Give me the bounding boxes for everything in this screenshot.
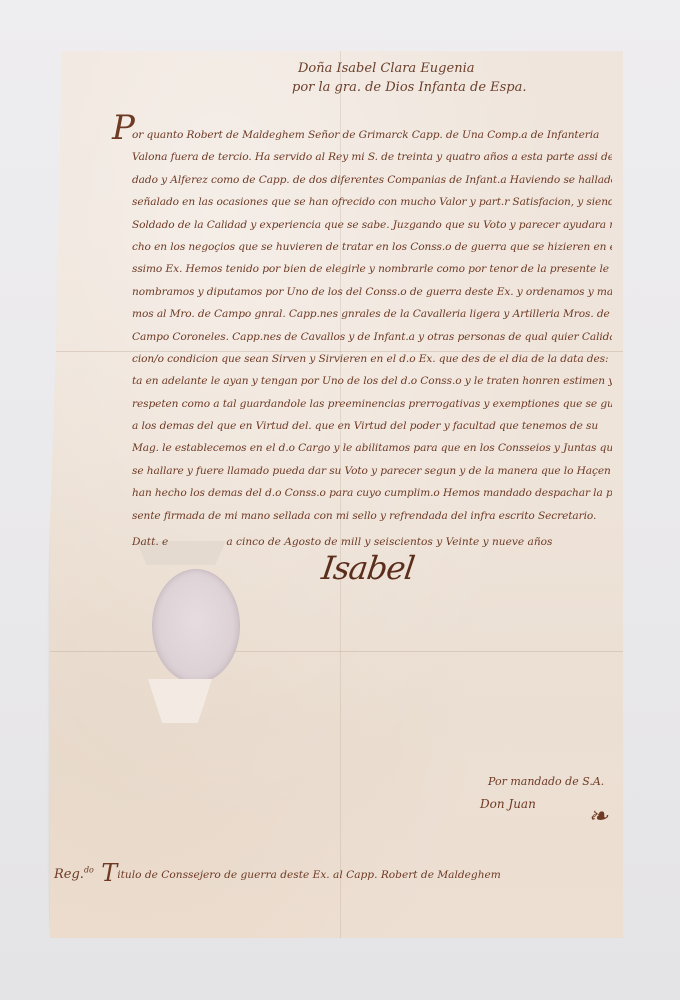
body-line: Campo Coroneles. Capp.nes de Cavallos y … bbox=[132, 326, 612, 348]
body-line: ta en adelante le ayan y tengan por Uno … bbox=[132, 370, 612, 392]
document-heading: Doña Isabel Clara Eugenia por la gra. de… bbox=[298, 59, 527, 97]
heading-line-1: Doña Isabel Clara Eugenia bbox=[298, 59, 527, 78]
rubric-flourish-icon: ❧ bbox=[588, 805, 608, 827]
body-line: sente firmada de mi mano sellada con mi … bbox=[132, 505, 612, 527]
endorsement: Reg.do Titulo de Conssejero de guerra de… bbox=[54, 859, 501, 887]
heading-line-2: por la gra. de Dios Infanta de Espa. bbox=[292, 78, 527, 97]
body-line: or quanto Robert de Maldeghem Señor de G… bbox=[132, 124, 612, 146]
date-line: Datt. ea cinco de Agosto de mill y seisc… bbox=[132, 536, 552, 548]
fold-crease bbox=[50, 651, 623, 652]
body-line: dado y Alferez como de Capp. de dos dife… bbox=[132, 169, 612, 191]
countersignature: Por mandado de S.A. Don Juan ❧ bbox=[480, 771, 604, 815]
date-text: a cinco de Agosto de mill y seiscientos … bbox=[226, 536, 552, 548]
body-line: nombramos y diputamos por Uno de los del… bbox=[132, 281, 612, 303]
body-line: ssimo Ex. Hemos tenido por bien de elegi… bbox=[132, 258, 612, 280]
body-line: señalado en las ocasiones que se han ofr… bbox=[132, 191, 612, 213]
document-body: or quanto Robert de Maldeghem Señor de G… bbox=[132, 124, 612, 527]
body-line: se hallare y fuere llamado pueda dar su … bbox=[132, 460, 612, 482]
body-line: respeten como a tal guardandole las pree… bbox=[132, 393, 612, 415]
endorsement-text: itulo de Conssejero de guerra deste Ex. … bbox=[117, 869, 501, 881]
body-line: Soldado de la Calidad y experiencia que … bbox=[132, 214, 612, 236]
body-line: han hecho los demas del d.o Conss.o para… bbox=[132, 482, 612, 504]
countersign-line-2: Don Juan bbox=[480, 793, 604, 815]
royal-signature: Isabel bbox=[319, 549, 416, 587]
date-prefix: Datt. e bbox=[132, 536, 168, 548]
body-line: Valona fuera de tercio. Ha servido al Re… bbox=[132, 146, 612, 168]
paper-seal-icon bbox=[152, 569, 240, 683]
body-line: a los demas del que en Virtud del. que e… bbox=[132, 415, 612, 437]
countersign-line-1: Por mandado de S.A. bbox=[488, 771, 604, 793]
body-line: Mag. le establecemos en el d.o Cargo y l… bbox=[132, 437, 612, 459]
registry-mark: Reg.do bbox=[54, 867, 94, 882]
manuscript-page: Doña Isabel Clara Eugenia por la gra. de… bbox=[50, 51, 623, 938]
seal-tab bbox=[148, 679, 212, 723]
title-initial: T bbox=[101, 859, 117, 887]
body-line: cion/o condicion que sean Sirven y Sirvi… bbox=[132, 348, 612, 370]
body-line: cho en los negoçios que se huvieren de t… bbox=[132, 236, 612, 258]
body-line: mos al Mro. de Campo gnral. Capp.nes gnr… bbox=[132, 303, 612, 325]
